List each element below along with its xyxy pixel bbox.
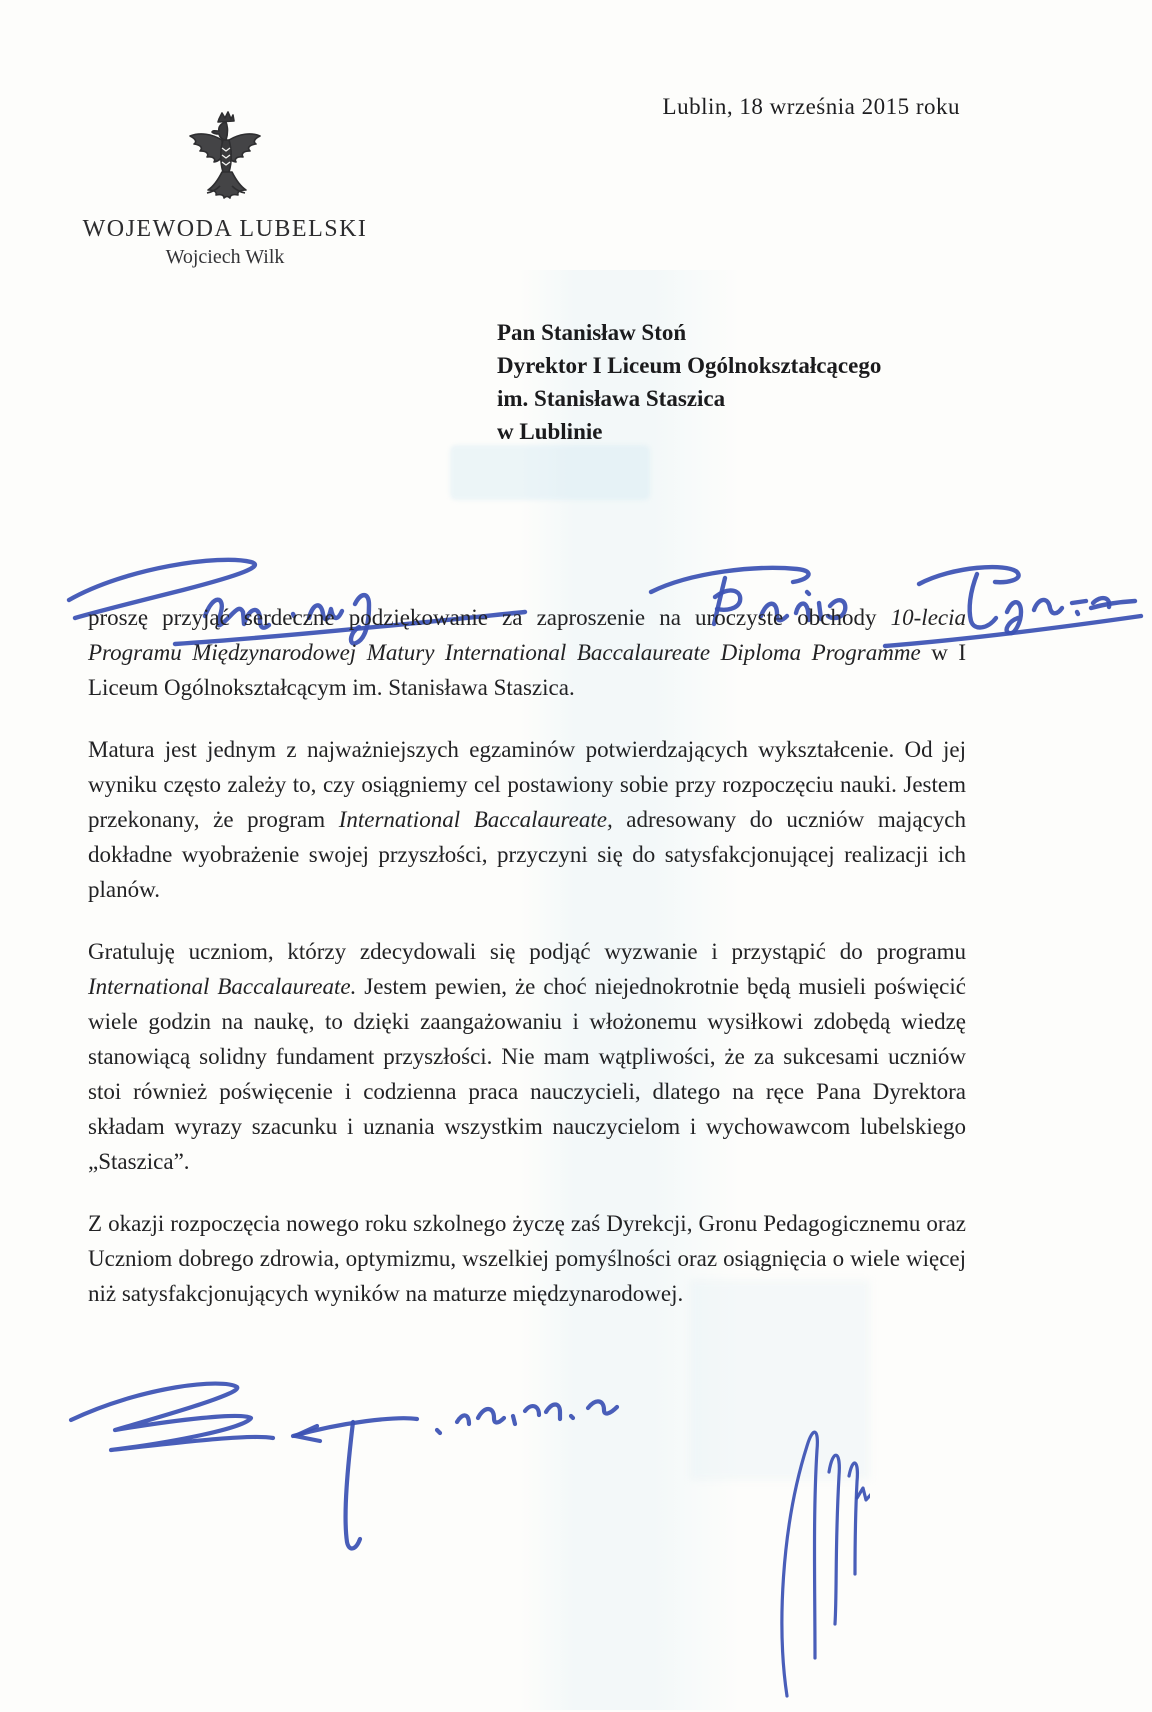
scanned-letter-page: Lublin, 18 września 2015 roku <box>0 0 1152 1712</box>
recipient-line: im. Stanisława Staszica <box>497 382 881 415</box>
body-paragraph: Gratuluję uczniom, którzy zdecydowali si… <box>88 934 966 1179</box>
date-line: Lublin, 18 września 2015 roku <box>663 94 960 120</box>
body-paragraph: Z okazji rozpoczęcia nowego roku szkolne… <box>88 1206 966 1311</box>
handwritten-signature <box>755 1418 870 1708</box>
recipient-line: Pan Stanisław Stoń <box>497 316 881 349</box>
body-paragraph: proszę przyjąć serdeczne podziękowanie z… <box>88 600 966 705</box>
recipient-line: w Lublinie <box>497 415 881 448</box>
polish-eagle-icon <box>182 110 268 210</box>
handwritten-closing-flourish <box>55 1372 685 1607</box>
recipient-line: Dyrektor I Liceum Ogólnokształcącego <box>497 349 881 382</box>
scanner-band-artifact <box>450 445 650 500</box>
body-paragraph: Matura jest jednym z najważniejszych egz… <box>88 732 966 907</box>
letterhead: WOJEWODA LUBELSKI Wojciech Wilk <box>60 110 390 269</box>
office-holder-name: Wojciech Wilk <box>60 246 390 269</box>
office-name: WOJEWODA LUBELSKI <box>60 216 390 243</box>
recipient-block: Pan Stanisław StońDyrektor I Liceum Ogól… <box>497 316 881 448</box>
letter-body: proszę przyjąć serdeczne podziękowanie z… <box>88 600 966 1338</box>
